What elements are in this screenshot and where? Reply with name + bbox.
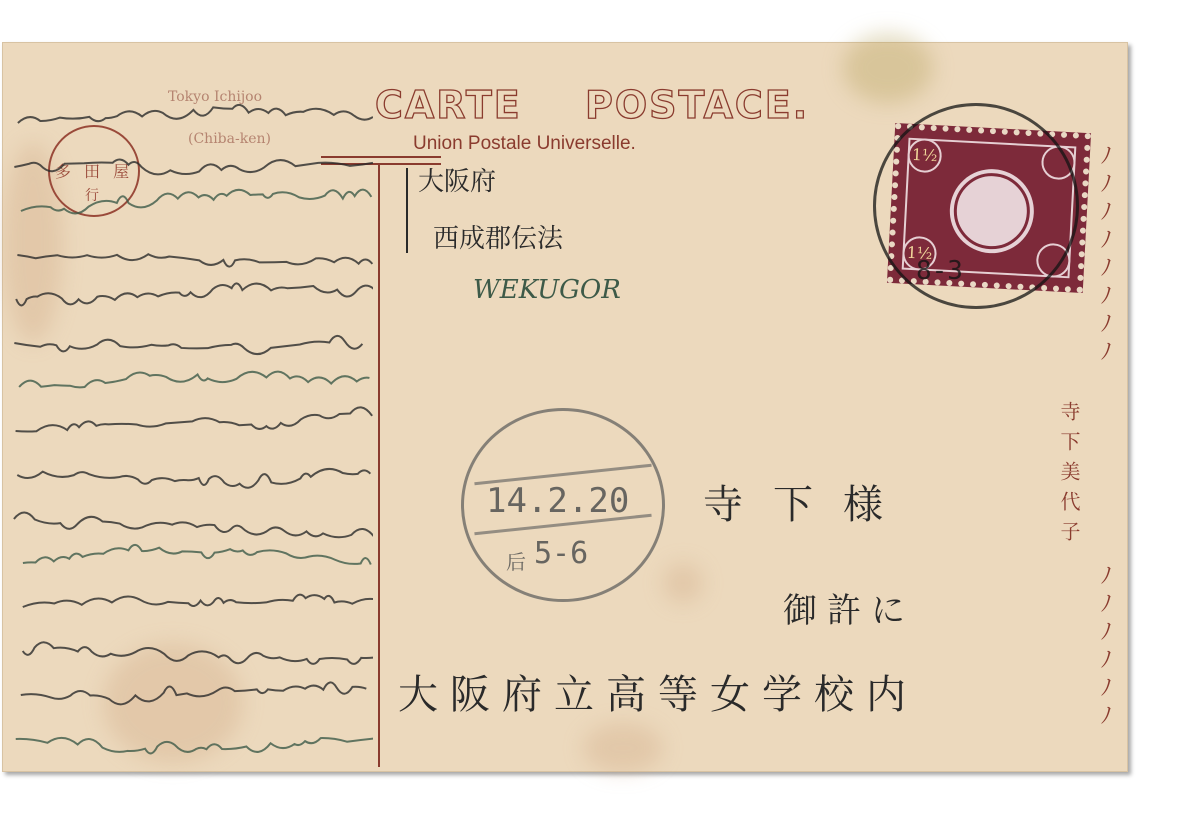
sender-vertical-text: 寺下美代子 — [1055, 401, 1084, 551]
stain — [843, 33, 933, 103]
stamp-cancellation: 8-3 — [873, 103, 1079, 309]
center-divider — [378, 163, 380, 767]
postmark-time: 5-6 — [534, 536, 588, 571]
postmark-prefix: 后 — [506, 546, 526, 575]
postcard: CARTE POSTACE. Union Postale Universelle… — [2, 42, 1128, 772]
address-line: WEKUGOR — [473, 275, 621, 305]
recipient-line: 寺下様 — [703, 473, 913, 530]
stain — [663, 563, 703, 603]
recipient-line: 大阪府立高等女学校内 — [398, 663, 918, 720]
header-carte: CARTE — [375, 83, 522, 127]
address-line: 西成郡伝法 — [433, 218, 563, 255]
pen-stroke — [406, 168, 408, 253]
recipient-line: 御許に — [783, 583, 915, 632]
cancel-date: 8-3 — [916, 256, 963, 286]
stain — [583, 723, 663, 773]
decorative-border-bottom: ﾉﾉﾉﾉﾉﾉ — [1101, 563, 1121, 731]
postmark: 14.2.20 5-6 后 — [461, 408, 665, 602]
decorative-border-top: ﾉﾉﾉﾉﾉﾉﾉﾉ — [1101, 143, 1121, 367]
header-postace: POSTACE. — [585, 83, 809, 127]
header-subtitle: Union Postale Universelle. — [413, 133, 636, 155]
postmark-date: 14.2.20 — [486, 481, 629, 521]
address-line: 大阪府 — [418, 161, 496, 198]
